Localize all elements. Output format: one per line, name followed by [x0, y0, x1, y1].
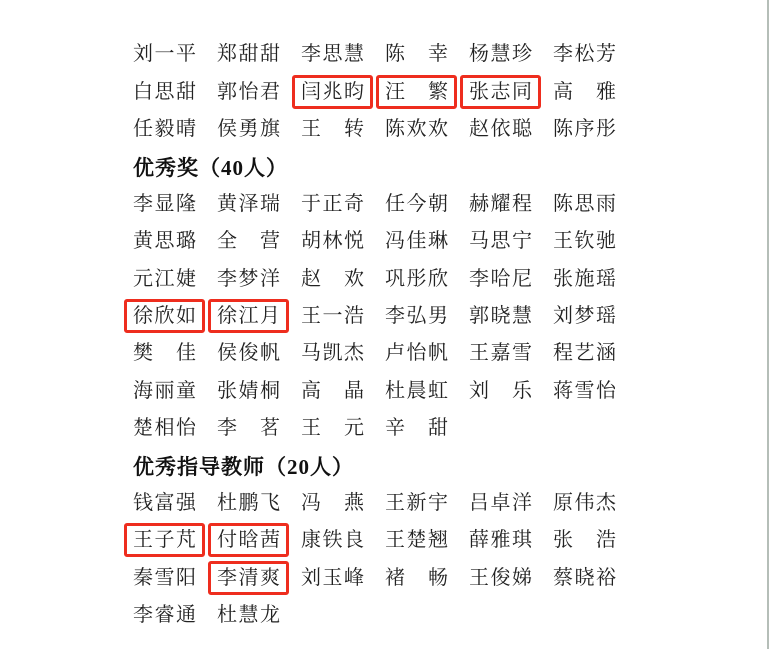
name-row: 白思甜郭怡君闫兆昀汪繁张志同高雅 [133, 73, 633, 110]
name-row: 刘一平郑甜甜李思慧陈幸杨慧珍李松芳 [133, 36, 633, 73]
name-cell: 刘一平 [133, 44, 196, 65]
award-name-list: 刘一平郑甜甜李思慧陈幸杨慧珍李松芳白思甜郭怡君闫兆昀汪繁张志同高雅任毅晴侯勇旗王… [133, 36, 633, 634]
name-cell-highlighted: 李清爽 [217, 568, 280, 589]
name-row: 秦雪阳李清爽刘玉峰褚畅王俊娣蔡晓裕 [133, 559, 633, 596]
name-cell: 赫耀程 [469, 194, 532, 215]
award-section-header-label: 优秀奖（40人） [133, 152, 288, 182]
name-cell: 刘玉峰 [301, 568, 364, 589]
page-edge-line [767, 0, 769, 649]
name-cell: 张婧桐 [217, 381, 280, 402]
name-cell: 原伟杰 [553, 493, 616, 514]
name-cell: 任毅晴 [133, 119, 196, 140]
name-cell: 刘梦瑶 [553, 306, 616, 327]
name-cell: 白思甜 [133, 82, 196, 103]
name-cell: 王新宇 [385, 493, 448, 514]
award-section-header: 优秀奖（40人） [133, 148, 633, 185]
name-cell: 马凯杰 [301, 343, 364, 364]
name-cell: 黄思璐 [133, 231, 196, 252]
name-row: 李显隆黄泽瑞于正奇任今朝赫耀程陈思雨 [133, 186, 633, 223]
name-row: 楚相怡李茗王元辛甜 [133, 410, 633, 447]
name-cell: 杜鹏飞 [217, 493, 280, 514]
name-row: 元江婕李梦洋赵欢巩彤欣李哈尼张施瑶 [133, 260, 633, 297]
award-section-header: 优秀指导教师（20人） [133, 447, 633, 484]
name-cell: 王转 [301, 119, 364, 140]
name-cell: 冯燕 [301, 493, 364, 514]
name-row: 李睿通杜慧龙 [133, 597, 633, 634]
name-cell: 李松芳 [553, 44, 616, 65]
name-cell: 秦雪阳 [133, 568, 196, 589]
name-row: 海丽童张婧桐高晶杜晨虹刘乐蒋雪怡 [133, 373, 633, 410]
name-cell: 刘乐 [469, 381, 532, 402]
name-cell: 侯俊帆 [217, 343, 280, 364]
name-cell: 黄泽瑞 [217, 194, 280, 215]
name-cell: 王一浩 [301, 306, 364, 327]
name-cell: 马思宁 [469, 231, 532, 252]
name-row: 王子芃付晗茜康铁良王楚翘薛雅琪张浩 [133, 522, 633, 559]
name-cell: 赵欢 [301, 269, 364, 290]
name-cell-highlighted: 徐江月 [217, 306, 280, 327]
name-cell: 王嘉雪 [469, 343, 532, 364]
name-cell: 杜晨虹 [385, 381, 448, 402]
name-cell: 全营 [217, 231, 280, 252]
name-cell: 楚相怡 [133, 418, 196, 439]
document-page: 刘一平郑甜甜李思慧陈幸杨慧珍李松芳白思甜郭怡君闫兆昀汪繁张志同高雅任毅晴侯勇旗王… [0, 0, 771, 649]
name-cell: 樊佳 [133, 343, 196, 364]
name-row: 徐欣如徐江月王一浩李弘男郭晓慧刘梦瑶 [133, 298, 633, 335]
name-cell-highlighted: 王子芃 [133, 530, 196, 551]
name-cell: 海丽童 [133, 381, 196, 402]
name-cell: 陈欢欢 [385, 119, 448, 140]
name-cell: 王元 [301, 418, 364, 439]
name-cell: 李弘男 [385, 306, 448, 327]
name-cell: 陈幸 [385, 44, 448, 65]
name-row: 黄思璐全营胡林悦冯佳琳马思宁王钦驰 [133, 223, 633, 260]
name-row: 任毅晴侯勇旗王转陈欢欢赵依聪陈序彤 [133, 111, 633, 148]
name-cell: 王楚翘 [385, 530, 448, 551]
name-cell-highlighted: 闫兆昀 [301, 82, 364, 103]
name-cell: 李思慧 [301, 44, 364, 65]
name-cell: 高晶 [301, 381, 364, 402]
name-row: 樊佳侯俊帆马凯杰卢怡帆王嘉雪程艺涵 [133, 335, 633, 372]
name-cell: 郭怡君 [217, 82, 280, 103]
name-cell: 任今朝 [385, 194, 448, 215]
name-cell: 巩彤欣 [385, 269, 448, 290]
name-cell: 钱富强 [133, 493, 196, 514]
name-cell: 李睿通 [133, 605, 196, 626]
name-cell: 李茗 [217, 418, 280, 439]
name-cell: 郑甜甜 [217, 44, 280, 65]
name-cell: 卢怡帆 [385, 343, 448, 364]
name-cell: 吕卓洋 [469, 493, 532, 514]
name-cell: 王俊娣 [469, 568, 532, 589]
name-cell: 蒋雪怡 [553, 381, 616, 402]
name-cell: 张施瑶 [553, 269, 616, 290]
name-cell: 于正奇 [301, 194, 364, 215]
name-cell: 程艺涵 [553, 343, 616, 364]
name-cell: 杨慧珍 [469, 44, 532, 65]
name-cell: 元江婕 [133, 269, 196, 290]
name-cell: 李哈尼 [469, 269, 532, 290]
name-cell: 高雅 [553, 82, 616, 103]
name-cell: 王钦驰 [553, 231, 616, 252]
name-cell: 李梦洋 [217, 269, 280, 290]
name-cell: 侯勇旗 [217, 119, 280, 140]
name-cell: 陈序彤 [553, 119, 616, 140]
name-cell-highlighted: 徐欣如 [133, 306, 196, 327]
name-row: 钱富强杜鹏飞冯燕王新宇吕卓洋原伟杰 [133, 485, 633, 522]
name-cell: 褚畅 [385, 568, 448, 589]
name-cell: 辛甜 [385, 418, 448, 439]
name-cell: 杜慧龙 [217, 605, 280, 626]
name-cell: 蔡晓裕 [553, 568, 616, 589]
name-cell: 康铁良 [301, 530, 364, 551]
name-cell-highlighted: 张志同 [469, 82, 532, 103]
name-cell: 郭晓慧 [469, 306, 532, 327]
award-section-header-label: 优秀指导教师（20人） [133, 451, 354, 481]
name-cell: 李显隆 [133, 194, 196, 215]
name-cell: 薛雅琪 [469, 530, 532, 551]
name-cell: 陈思雨 [553, 194, 616, 215]
name-cell: 冯佳琳 [385, 231, 448, 252]
name-cell: 胡林悦 [301, 231, 364, 252]
name-cell-highlighted: 付晗茜 [217, 530, 280, 551]
name-cell: 赵依聪 [469, 119, 532, 140]
name-cell-highlighted: 汪繁 [385, 82, 448, 103]
name-cell: 张浩 [553, 530, 616, 551]
